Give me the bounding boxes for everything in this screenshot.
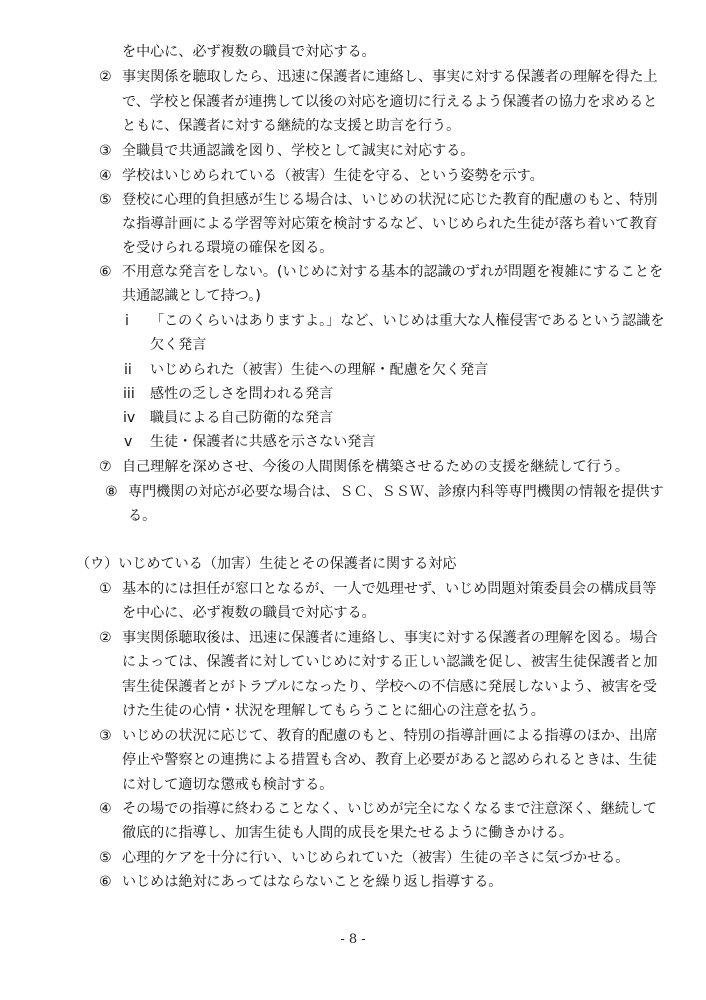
paragraph-continuation: を中心に、必ず複数の職員で対応する。 <box>122 43 376 61</box>
list-item-line: 徹底的に指導し、加害生徒も人間的成長を果たせるように働きかける。 <box>122 824 573 842</box>
item-marker-1: ① <box>99 580 112 598</box>
item-marker-8: ⑧ <box>105 483 118 501</box>
list-item-line: を受けられる環境の確保を図る。 <box>122 239 333 257</box>
list-item-line: いじめの状況に応じて、教育的配慮のもと、特別の指導計画による指導のほか、出席 <box>122 727 657 745</box>
list-item-line: 害生徒保護者とがトラブルになったり、学校への不信感に発展しないよう、被害を受 <box>122 678 657 696</box>
subitem-line: 欠く発言 <box>150 336 206 354</box>
subitem-marker-iv: iv <box>123 409 135 427</box>
list-item-line: 心理的ケアを十分に行い、いじめられていた（被害）生徒の辛さに気づかせる。 <box>122 849 629 867</box>
list-item-line: 登校に心理的負担感が生じる場合は、いじめの状況に応じた教育的配慮のもと、特別 <box>122 191 658 209</box>
item-marker-2: ② <box>99 629 112 647</box>
list-item-line: で、学校と保護者が連携して以後の対応を適切に行えるよう保護者の協力を求めると <box>122 93 657 111</box>
item-marker-5: ⑤ <box>99 191 112 209</box>
item-marker-6: ⑥ <box>99 263 112 281</box>
list-item-line: 事実関係を聴取したら、迅速に保護者に連絡し、事実に対する保護者の理解を得た上 <box>122 68 658 86</box>
item-marker-7: ⑦ <box>99 458 112 476</box>
item-marker-3: ③ <box>99 142 112 160</box>
list-item-line: な指導計画による学習等対応策を検討するなど、いじめられた生徒が落ち着いて教育 <box>122 215 658 233</box>
list-item-line: 不用意な発言をしない。(いじめに対する基本的認識のずれが問題を複雑にすることを <box>122 263 663 281</box>
subitem-line: いじめられた（被害）生徒への理解・配慮を欠く発言 <box>150 361 488 379</box>
item-marker-6: ⑥ <box>99 873 112 891</box>
list-item-line: によっては、保護者に対していじめに対する正しい認識を促し、被害生徒保護者と加 <box>122 653 658 671</box>
item-marker-5: ⑤ <box>99 849 112 867</box>
page-number: - 8 - <box>0 932 706 947</box>
subitem-marker-v: v <box>124 433 132 451</box>
list-item-line: 専門機関の対応が必要な場合は、ＳＣ、ＳＳＷ、診療内科等専門機関の情報を提供す <box>128 483 664 501</box>
subitem-marker-iii: iii <box>123 385 135 403</box>
subitem-marker-ii: ii <box>124 361 132 379</box>
item-marker-3: ③ <box>99 727 112 745</box>
list-item-line: いじめは絶対にあってはならないことを繰り返し指導する。 <box>122 873 502 891</box>
list-item-line: 学校はいじめられている（被害）生徒を守る、という姿勢を示す。 <box>122 167 544 185</box>
subitem-line: 「このくらいはありますよ。」など、いじめは重大な人権侵害であるという認識を <box>150 312 664 330</box>
list-item-line: その場での指導に終わることなく、いじめが完全になくなるまで注意深く、継続して <box>122 800 657 818</box>
item-marker-4: ④ <box>99 800 112 818</box>
list-item-line: 停止や警察との連携による措置も含め、教育上必要があると認められるときは、生徒 <box>122 751 657 769</box>
subitem-marker-i: i <box>125 312 129 330</box>
subitem-line: 感性の乏しさを問われる発言 <box>150 385 333 403</box>
list-item-line: に対して適切な懲戒も検討する。 <box>122 776 333 794</box>
list-item-line: 全職員で共通認識を図り、学校として誠実に対応する。 <box>122 142 474 160</box>
list-item-line: 事実関係聴取後は、迅速に保護者に連絡し、事実に対する保護者の理解を図る。場合 <box>122 629 658 647</box>
document-page: を中心に、必ず複数の職員で対応する。 ② 事実関係を聴取したら、迅速に保護者に連… <box>0 0 706 1000</box>
section-heading: （ウ）いじめている（加害）生徒とその保護者に関する対応 <box>76 555 457 573</box>
list-item-line: けた生徒の心情・状況を理解してもらうことに細心の注意を払う。 <box>122 702 545 720</box>
subitem-line: 職員による自己防衛的な発言 <box>150 409 333 427</box>
list-item-line: る。 <box>128 507 156 525</box>
list-item-line: を中心に、必ず複数の職員で対応する。 <box>122 604 376 622</box>
list-item-line: ともに、保護者に対する継続的な支援と助言を行う。 <box>122 117 460 135</box>
subitem-line: 生徒・保護者に共感を示さない発言 <box>150 433 376 451</box>
item-marker-4: ④ <box>99 167 112 185</box>
list-item-line: 基本的には担任が窓口となるが、一人で処理せず、いじめ問題対策委員会の構成員等 <box>122 580 656 598</box>
list-item-line: 共通認識として持つ。) <box>122 287 261 305</box>
list-item-line: 自己理解を深めさせ、今後の人間関係を構築させるための支援を継続して行う。 <box>122 458 629 476</box>
item-marker-2: ② <box>99 68 112 86</box>
